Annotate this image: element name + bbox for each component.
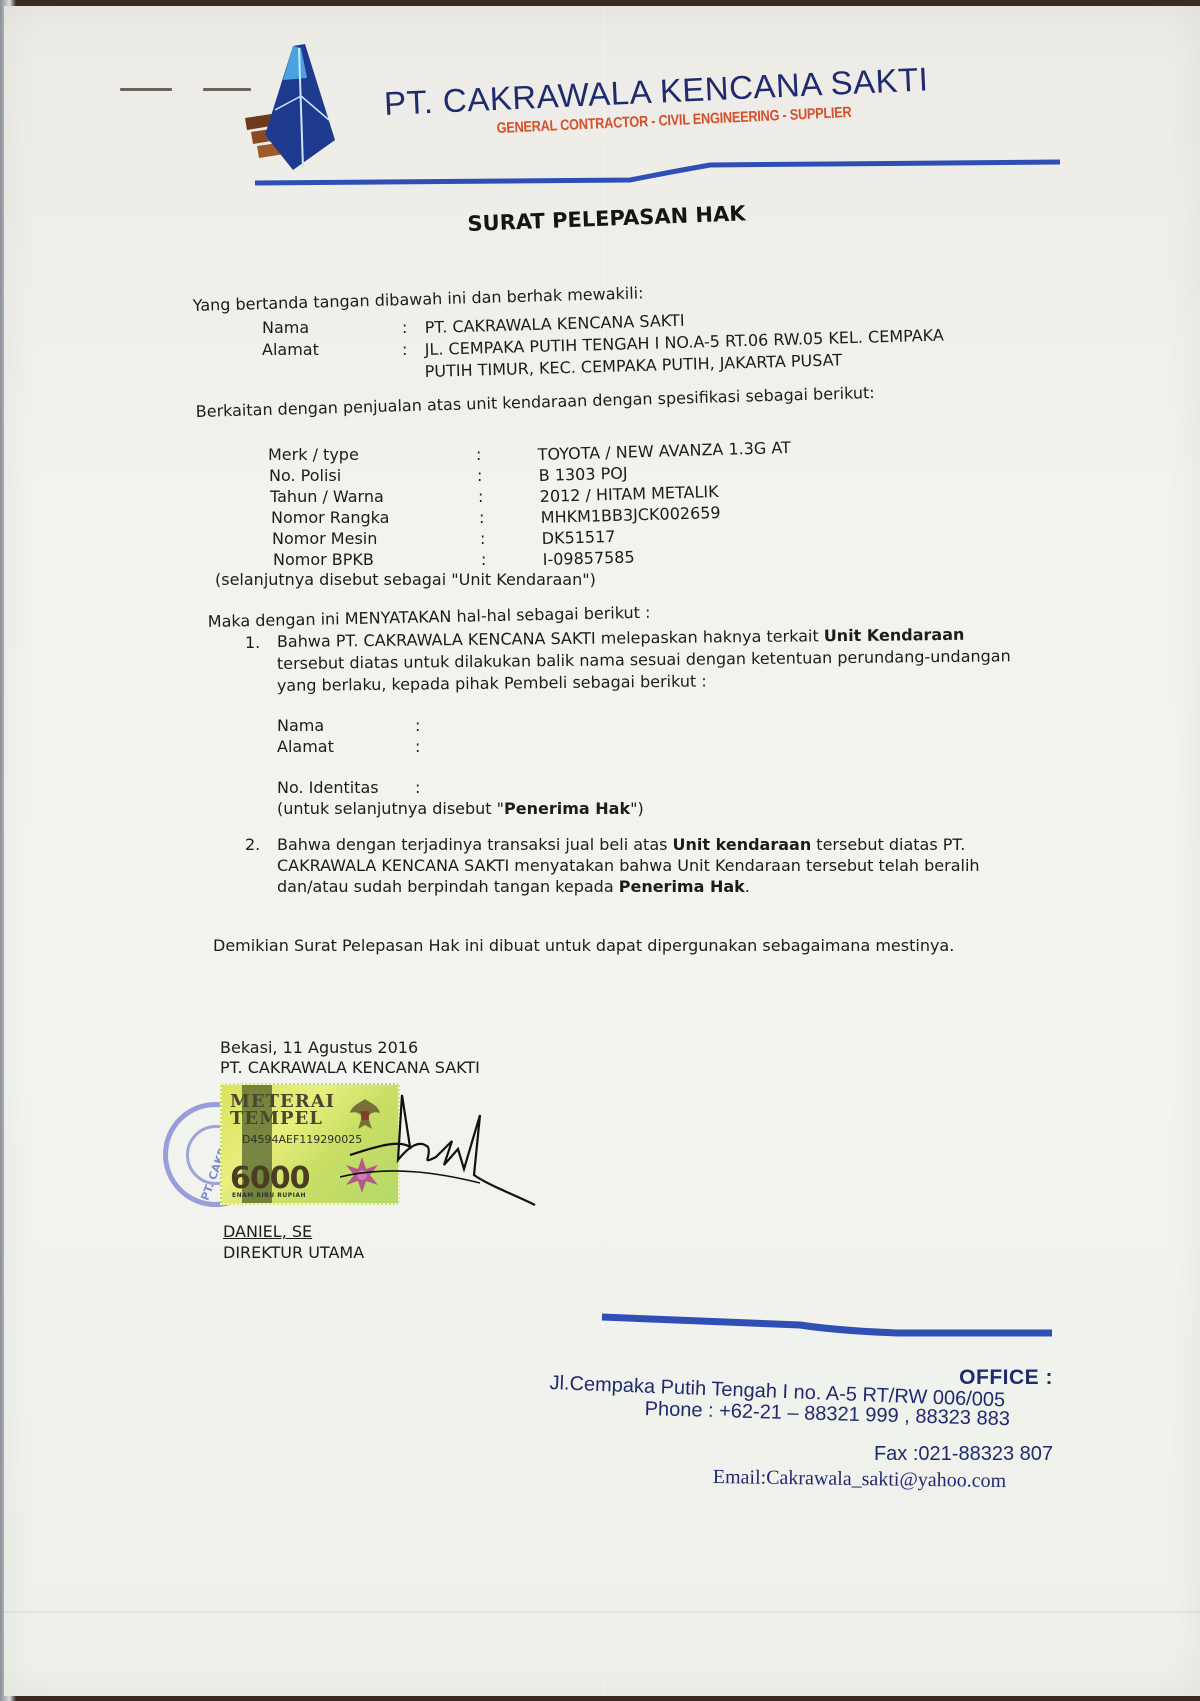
- fold-crease-horizontal: [4, 1611, 1200, 1613]
- note-text: (untuk selanjutnya disebut ": [277, 799, 504, 818]
- point-2-text: Bahwa dengan terjadinya transaksi jual b…: [277, 835, 673, 854]
- staple-mark: [120, 88, 172, 91]
- representative-address-label: Alamat: [262, 340, 319, 359]
- handwritten-signature: [340, 1085, 540, 1215]
- spec-label: Nomor Rangka: [271, 508, 479, 527]
- colon: :: [402, 340, 407, 359]
- colon: :: [479, 508, 541, 527]
- spec-row: No. Polisi:B 1303 POJ: [269, 466, 628, 485]
- spec-value: B 1303 POJ: [538, 464, 627, 485]
- office-label: OFFICE :: [959, 1366, 1053, 1390]
- spec-row: Nomor Mesin:DK51517: [272, 529, 616, 548]
- colon: :: [415, 737, 420, 756]
- stamp-title: METERAI TEMPEL: [230, 1093, 335, 1127]
- penerima-hak-note: (untuk selanjutnya disebut "Penerima Hak…: [277, 799, 644, 818]
- signer-title: DIREKTUR UTAMA: [223, 1243, 364, 1262]
- colon: :: [480, 529, 542, 548]
- colon: :: [478, 487, 540, 506]
- unit-kendaraan-bold: Unit kendaraan: [673, 835, 812, 854]
- stamp-value: 6000: [230, 1161, 310, 1196]
- spec-row: Merk / type:TOYOTA / NEW AVANZA 1.3G AT: [268, 445, 791, 464]
- spec-value: I-09857585: [542, 547, 634, 569]
- colon: :: [402, 318, 407, 337]
- buyer-address-label: Alamat: [277, 737, 334, 756]
- signature-company: PT. CAKRAWALA KENCANA SAKTI: [220, 1058, 480, 1077]
- point-2-text: dan/atau sudah berpindah tangan kepada: [277, 877, 619, 896]
- spec-row: Nomor BPKB:I-09857585: [273, 550, 635, 569]
- note-text: "): [630, 799, 644, 818]
- colon: :: [477, 466, 539, 485]
- unit-kendaraan-bold: Unit Kendaraan: [824, 625, 965, 645]
- point-2-number: 2.: [245, 835, 260, 854]
- header-divider: [250, 150, 1070, 190]
- representative-name-label: Nama: [262, 318, 309, 337]
- place-date: Bekasi, 11 Agustus 2016: [220, 1038, 418, 1057]
- point-2-line1: Bahwa dengan terjadinya transaksi jual b…: [277, 835, 965, 854]
- spec-label: Nomor Mesin: [272, 529, 480, 548]
- point-2-line2: CAKRAWALA KENCANA SAKTI menyatakan bahwa…: [277, 856, 980, 875]
- colon: :: [415, 716, 420, 735]
- colon: :: [481, 550, 543, 569]
- penerima-hak-bold: Penerima Hak: [504, 799, 630, 818]
- spec-note: (selanjutnya disebut sebagai "Unit Kenda…: [215, 570, 596, 589]
- colon: :: [476, 445, 538, 464]
- office-fax: Fax :021-88323 807: [874, 1443, 1053, 1466]
- spec-row: Tahun / Warna:2012 / HITAM METALIK: [270, 487, 719, 506]
- colon: :: [415, 778, 420, 797]
- stamp-title-line2: TEMPEL: [230, 1110, 335, 1127]
- spec-label: Merk / type: [268, 445, 476, 464]
- closing-text: Demikian Surat Pelepasan Hak ini dibuat …: [213, 936, 954, 955]
- point-2-line3: dan/atau sudah berpindah tangan kepada P…: [277, 877, 750, 896]
- spec-label: Tahun / Warna: [270, 487, 478, 506]
- spec-value: 2012 / HITAM METALIK: [539, 482, 718, 506]
- point-2-text: tersebut diatas PT.: [811, 835, 965, 854]
- spec-value: MHKM1BB3JCK002659: [540, 503, 720, 527]
- footer-divider: [600, 1305, 1055, 1345]
- spec-label: Nomor BPKB: [273, 550, 481, 569]
- staple-mark: [203, 88, 251, 91]
- spec-value: DK51517: [541, 527, 615, 548]
- spec-row: Nomor Rangka:MHKM1BB3JCK002659: [271, 508, 721, 527]
- spec-label: No. Polisi: [269, 466, 477, 485]
- stamp-value-words: ENAM RIBU RUPIAH: [232, 1192, 306, 1199]
- point-1-number: 1.: [245, 633, 260, 652]
- buyer-name-label: Nama: [277, 716, 324, 735]
- buyer-id-label: No. Identitas: [277, 778, 379, 797]
- office-email: Email:Cakrawala_sakti@yahoo.com: [713, 1466, 1007, 1493]
- signer-name: DANIEL, SE: [223, 1222, 312, 1241]
- point-2-text: .: [745, 877, 750, 896]
- penerima-hak-bold: Penerima Hak: [619, 877, 745, 896]
